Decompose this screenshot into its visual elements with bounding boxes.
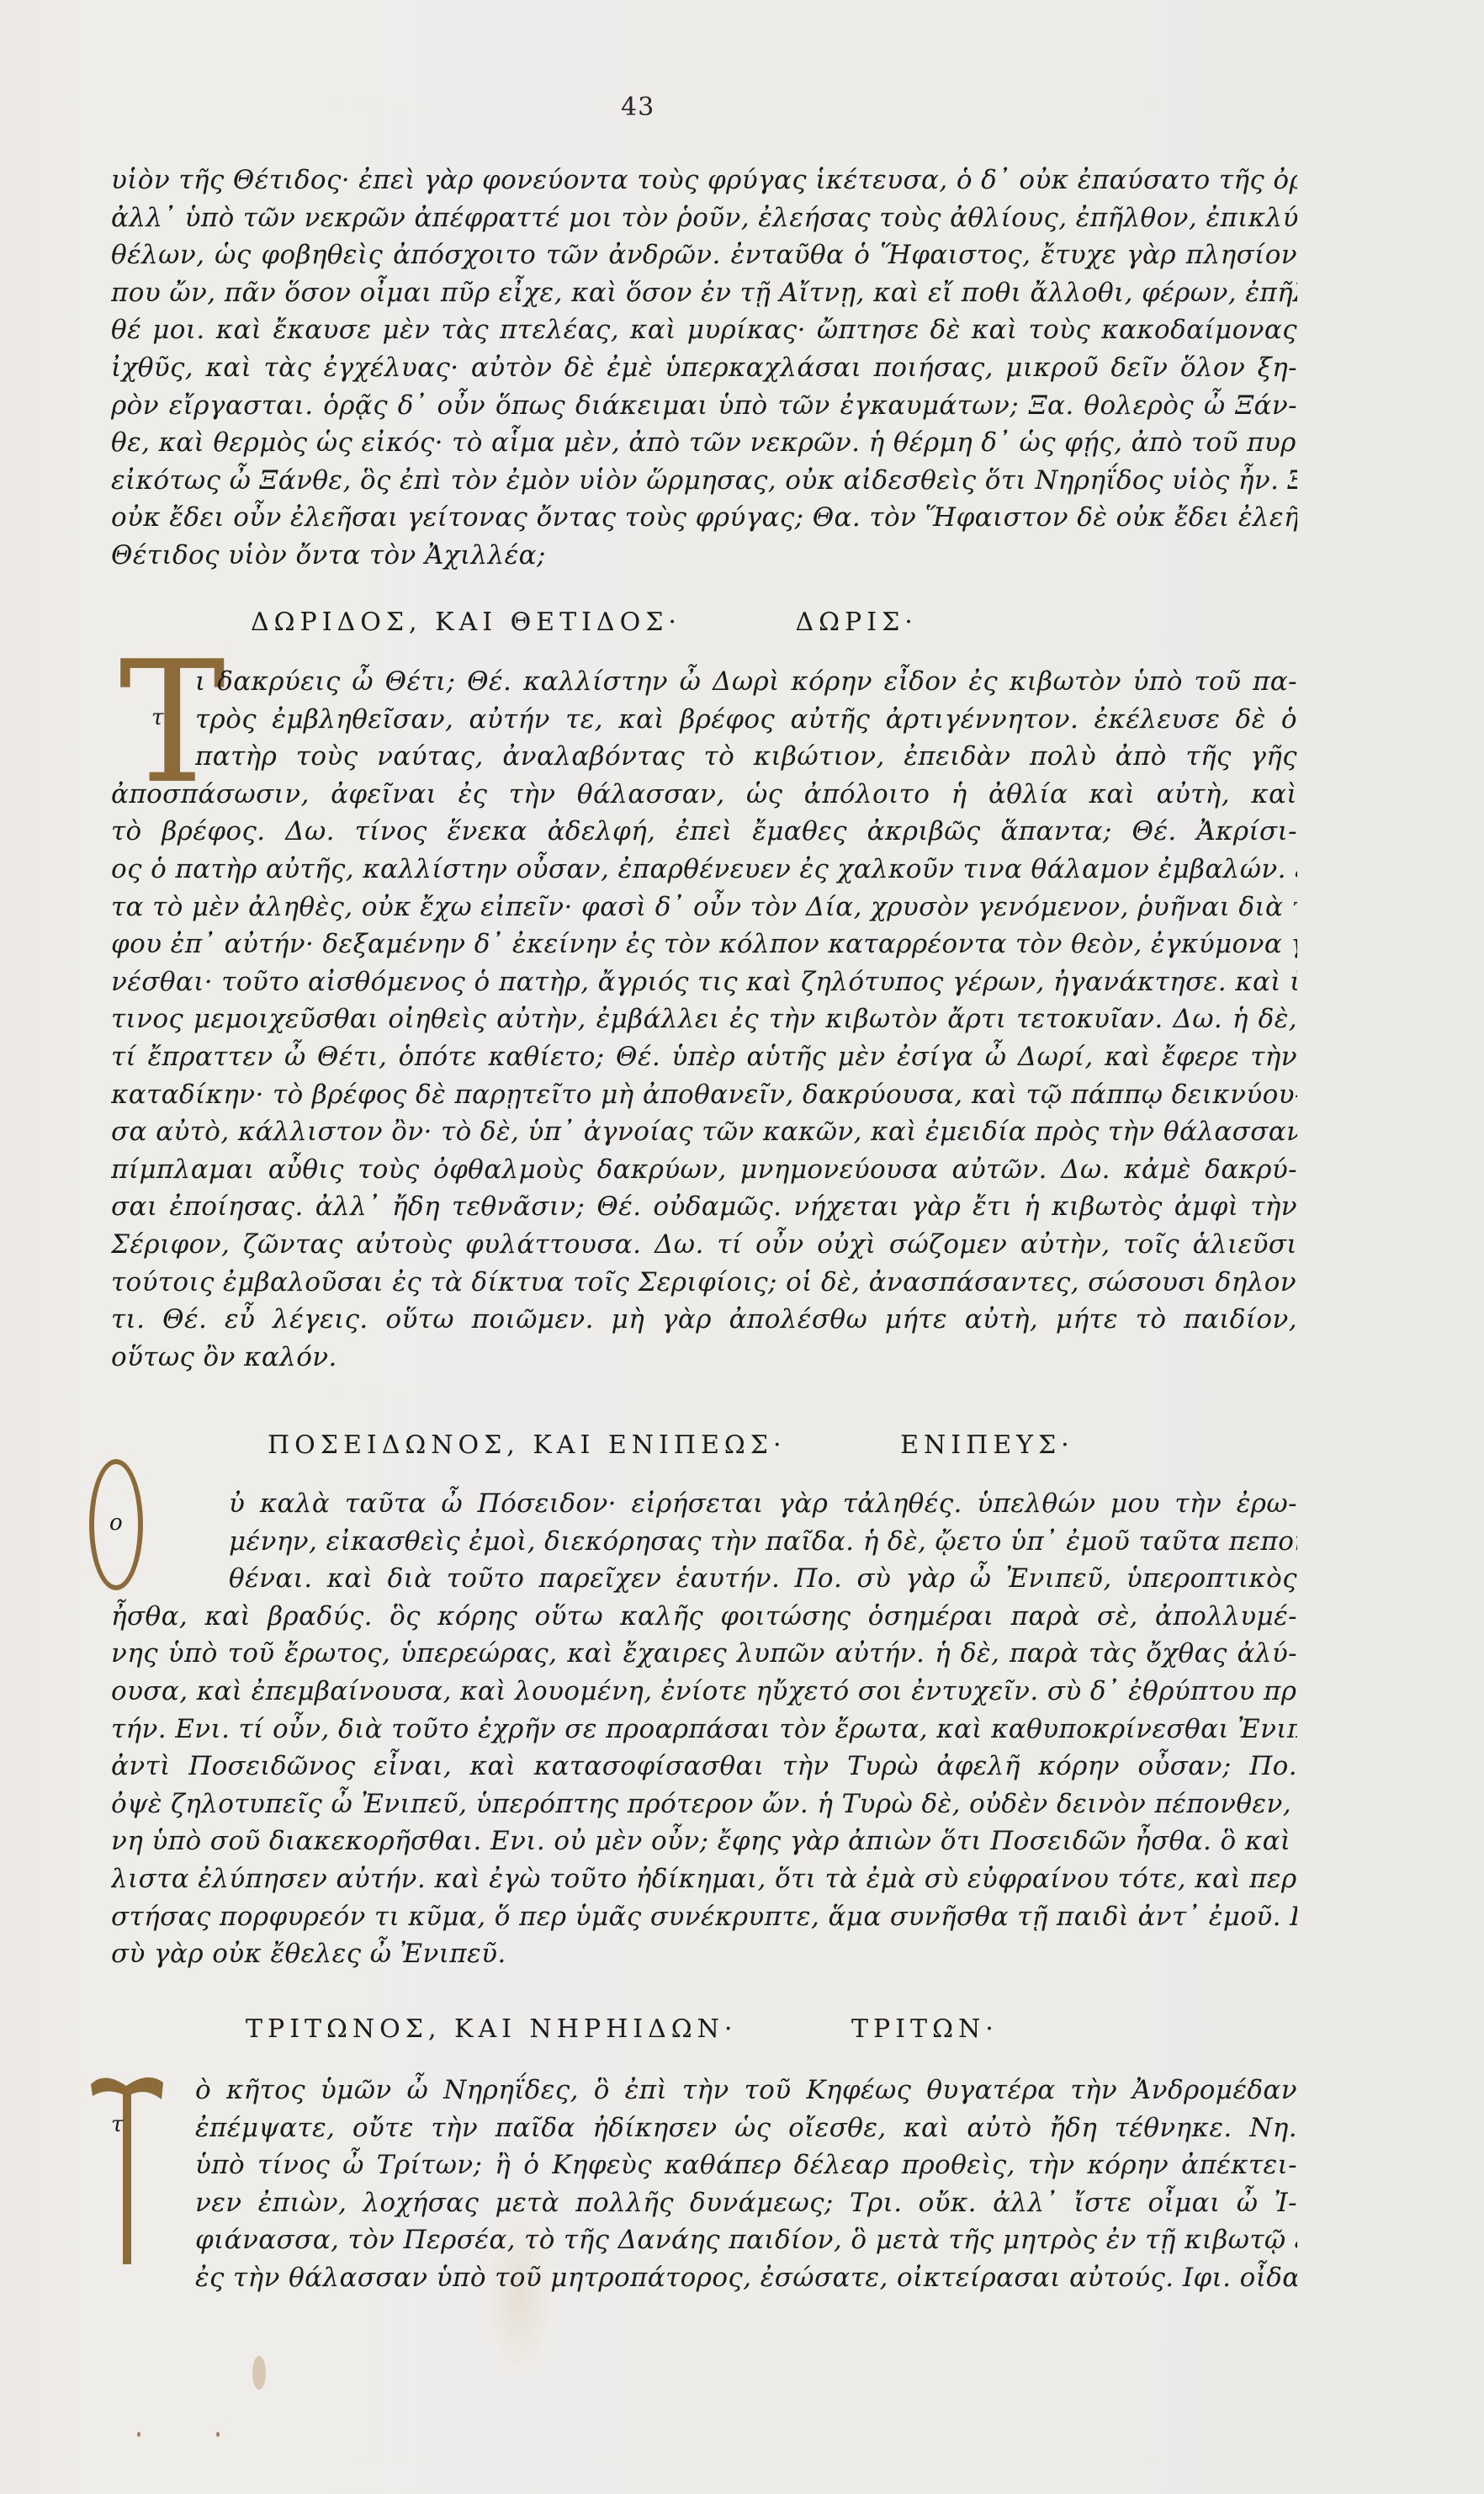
dialogue-title: ΤΡΙΤΩΝΟΣ, ΚΑΙ ΝΗΡΗΙΔΩΝ· [246, 2014, 737, 2044]
text-line: νης ὑπὸ τοῦ ἔρωτος, ὑπερεώρας, καὶ ἔχαιρ… [111, 1635, 1297, 1673]
dialogue-title: ΠΟΣΕΙΔΩΝΟΣ, ΚΑΙ ΕΝΙΠΕΩΣ· [268, 1430, 787, 1460]
dialogue-title: ΔΩΡΙΔΟΣ, ΚΑΙ ΘΕΤΙΔΟΣ· [251, 608, 681, 637]
page-number: 43 [621, 93, 655, 122]
text-line: ἀντὶ Ποσειδῶνος εἶναι, καὶ κατασοφίσασθα… [111, 1748, 1297, 1786]
text-line: ουσα, καὶ ἐπεμβαίνουσα, καὶ λουομένη, ἐν… [111, 1673, 1297, 1711]
speaker-name: ΕΝΙΠΕΥΣ· [900, 1430, 1074, 1460]
text-line: σὺ γὰρ οὐκ ἔθελες ὦ Ἐνιπεῦ. [111, 1935, 1297, 1973]
text-line: ὸ κῆτος ὑμῶν ὦ Νηρηΐδες, ὃ ἐπὶ τὴν τοῦ Κ… [195, 2072, 1297, 2109]
text-line: σα αὐτὸ, κάλλιστον ὂν· τὸ δὲ, ὑπ᾽ ἀγνοία… [111, 1113, 1297, 1151]
text-line: εἰκότως ὦ Ξάνθε, ὃς ἐπὶ τὸν ἐμὸν υἱὸν ὥρ… [111, 462, 1297, 500]
text-line: πατὴρ τοὺς ναύτας, ἀναλαβόντας τὸ κιβώτι… [195, 738, 1297, 776]
continuation-text: υἱὸν τῆς Θέτιδος· ἐπεὶ γὰρ φονεύοντα τοὺ… [111, 162, 1297, 575]
text-line: τρὸς ἐμβληθεῖσαν, αὐτήν τε, καὶ βρέφος α… [195, 701, 1297, 739]
text-line: τὸ βρέφος. Δω. τίνος ἕνεκα ἀδελφή, ἐπεὶ … [111, 813, 1297, 851]
text-line: φου ἐπ᾽ αὐτήν· δεξαμένην δ᾽ ἐκείνην ἐς τ… [111, 926, 1297, 963]
text-line: καταδίκην· τὸ βρέφος δὲ παρῃτεῖτο μὴ ἀπο… [111, 1076, 1297, 1114]
text-line: ι δακρύεις ὦ Θέτι; Θέ. καλλίστην ὦ Δωρὶ … [195, 663, 1297, 701]
text-line: τα τὸ μὲν ἀληθὲς, οὐκ ἔχω εἰπεῖν· φασὶ δ… [111, 889, 1297, 926]
paper-speck [216, 2432, 220, 2437]
text-line: ἀλλ᾽ ὑπὸ τῶν νεκρῶν ἀπέφραττέ μοι τὸν ῥο… [111, 199, 1297, 237]
dialogue-heading: ΠΟΣΕΙΔΩΝΟΣ, ΚΑΙ ΕΝΙΠΕΩΣ· ΕΝΙΠΕΥΣ· [268, 1430, 1074, 1460]
text-line: τινος μεμοιχεῦσθαι οἰηθεὶς αὐτὴν, ἐμβάλλ… [111, 1000, 1297, 1038]
dialogue-heading: ΤΡΙΤΩΝΟΣ, ΚΑΙ ΝΗΡΗΙΔΩΝ· ΤΡΙΤΩΝ· [246, 2014, 999, 2044]
text-line: σαι ἐποίησας. ἀλλ᾽ ἤδη τεθνᾶσιν; Θέ. οὐδ… [111, 1188, 1297, 1226]
dialogue-text: ι δακρύεις ὦ Θέτι; Θέ. καλλίστην ὦ Δωρὶ … [111, 663, 1297, 1376]
text-line: θέναι. καὶ διὰ τοῦτο παρεῖχεν ἑαυτήν. Πο… [229, 1560, 1297, 1598]
text-line: στήσας πορφυρεόν τι κῦμα, ὅ περ ὑμᾶς συν… [111, 1898, 1297, 1936]
text-line: νη ὑπὸ σοῦ διακεκορῆσθαι. Ενι. οὐ μὲν οὖ… [111, 1823, 1297, 1860]
speaker-name: ΤΡΙΤΩΝ· [851, 2014, 999, 2044]
dialogue-text: ὐ καλὰ ταῦτα ὦ Πόσειδον· εἰρήσεται γὰρ τ… [111, 1485, 1297, 1973]
text-line: θέ μοι. καὶ ἔκαυσε μὲν τὰς πτελέας, καὶ … [111, 311, 1297, 349]
text-line: οὕτως ὂν καλόν. [111, 1339, 1297, 1377]
text-line: ἦσθα, καὶ βραδύς. ὃς κόρης οὕτω καλῆς φο… [111, 1598, 1297, 1636]
speaker-name: ΔΩΡΙΣ· [796, 608, 918, 637]
text-line: τήν. Ενι. τί οὖν, διὰ τοῦτο ἐχρῆν σε προ… [111, 1711, 1297, 1748]
text-line: ἐπέμψατε, οὔτε τὴν παῖδα ἠδίκησεν ὡς οἴε… [195, 2109, 1297, 2147]
text-line: ὀψὲ ζηλοτυπεῖς ὦ Ἐνιπεῦ, ὑπερόπτης πρότε… [111, 1786, 1297, 1823]
text-line: υἱὸν τῆς Θέτιδος· ἐπεὶ γὰρ φονεύοντα τοὺ… [111, 162, 1297, 199]
text-line: ἀποσπάσωσιν, ἀφεῖναι ἐς τὴν θάλασσαν, ὡς… [111, 776, 1297, 814]
text-line: νέσθαι· τοῦτο αἰσθόμενος ὁ πατὴρ, ἄγριός… [111, 963, 1297, 1001]
text-line: νεν ἐπιὼν, λοχήσας μετὰ πολλῆς δυνάμεως;… [195, 2184, 1297, 2222]
dialogue-heading: ΔΩΡΙΔΟΣ, ΚΑΙ ΘΕΤΙΔΟΣ· ΔΩΡΙΣ· [251, 608, 918, 637]
text-line: οὐκ ἔδει οὖν ἐλεῆσαι γείτονας ὄντας τοὺς… [111, 499, 1297, 537]
text-line: ος ὁ πατὴρ αὐτῆς, καλλίστην οὖσαν, ἐπαρθ… [111, 851, 1297, 889]
text-line: θε, καὶ θερμὸς ὡς εἰκός· τὸ αἷμα μὲν, ἀπ… [111, 424, 1297, 462]
text-line: φιάνασσα, τὸν Περσέα, τὸ τῆς Δανάης παιδ… [195, 2221, 1297, 2259]
text-line: πίμπλαμαι αὖθις τοὺς ὀφθαλμοὺς δακρύων, … [111, 1151, 1297, 1189]
text-line: τι. Θέ. εὖ λέγεις. οὕτω ποιῶμεν. μὴ γὰρ … [111, 1301, 1297, 1339]
text-line: λιστα ἐλύπησεν αὐτήν. καὶ ἐγὼ τοῦτο ἠδίκ… [111, 1860, 1297, 1898]
dialogue-text: ὸ κῆτος ὑμῶν ὦ Νηρηΐδες, ὃ ἐπὶ τὴν τοῦ Κ… [111, 2072, 1297, 2297]
paper-stain [252, 2356, 266, 2390]
text-line: ὑπὸ τίνος ὦ Τρίτων; ἢ ὁ Κηφεὺς καθάπερ δ… [195, 2146, 1297, 2184]
paper-speck [137, 2432, 140, 2437]
text-line: ρὸν εἴργασται. ὁρᾷς δ᾽ οὖν ὅπως διάκειμα… [111, 387, 1297, 425]
text-line: τούτοις ἐμβαλοῦσαι ἐς τὰ δίκτυα τοῖς Σερ… [111, 1264, 1297, 1302]
text-line: θέλων, ὡς φοβηθεὶς ἀπόσχοιτο τῶν ἀνδρῶν.… [111, 236, 1297, 274]
text-line: μένην, εἰκασθεὶς ἐμοὶ, διεκόρησας τὴν πα… [229, 1523, 1297, 1561]
text-line: Θέτιδος υἱὸν ὄντα τὸν Ἀχιλλέα; [111, 537, 1297, 575]
text-line: τί ἔπραττεν ὦ Θέτι, ὁπότε καθίετο; Θέ. ὑ… [111, 1038, 1297, 1076]
text-line: ἐς τὴν θάλασσαν ὑπὸ τοῦ μητροπάτορος, ἐσ… [195, 2259, 1297, 2297]
text-line: που ὤν, πᾶν ὅσον οἶμαι πῦρ εἶχε, καὶ ὅσο… [111, 274, 1297, 312]
text-line: ἰχθῦς, καὶ τὰς ἐγχέλυας· αὐτὸν δὲ ἐμὲ ὑπ… [111, 349, 1297, 387]
book-page: 43 υἱὸν τῆς Θέτιδος· ἐπεὶ γὰρ φονεύοντα … [0, 0, 1484, 2494]
text-line: ὐ καλὰ ταῦτα ὦ Πόσειδον· εἰρήσεται γὰρ τ… [229, 1485, 1297, 1523]
text-line: Σέριφον, ζῶντας αὐτοὺς φυλάττουσα. Δω. τ… [111, 1226, 1297, 1264]
